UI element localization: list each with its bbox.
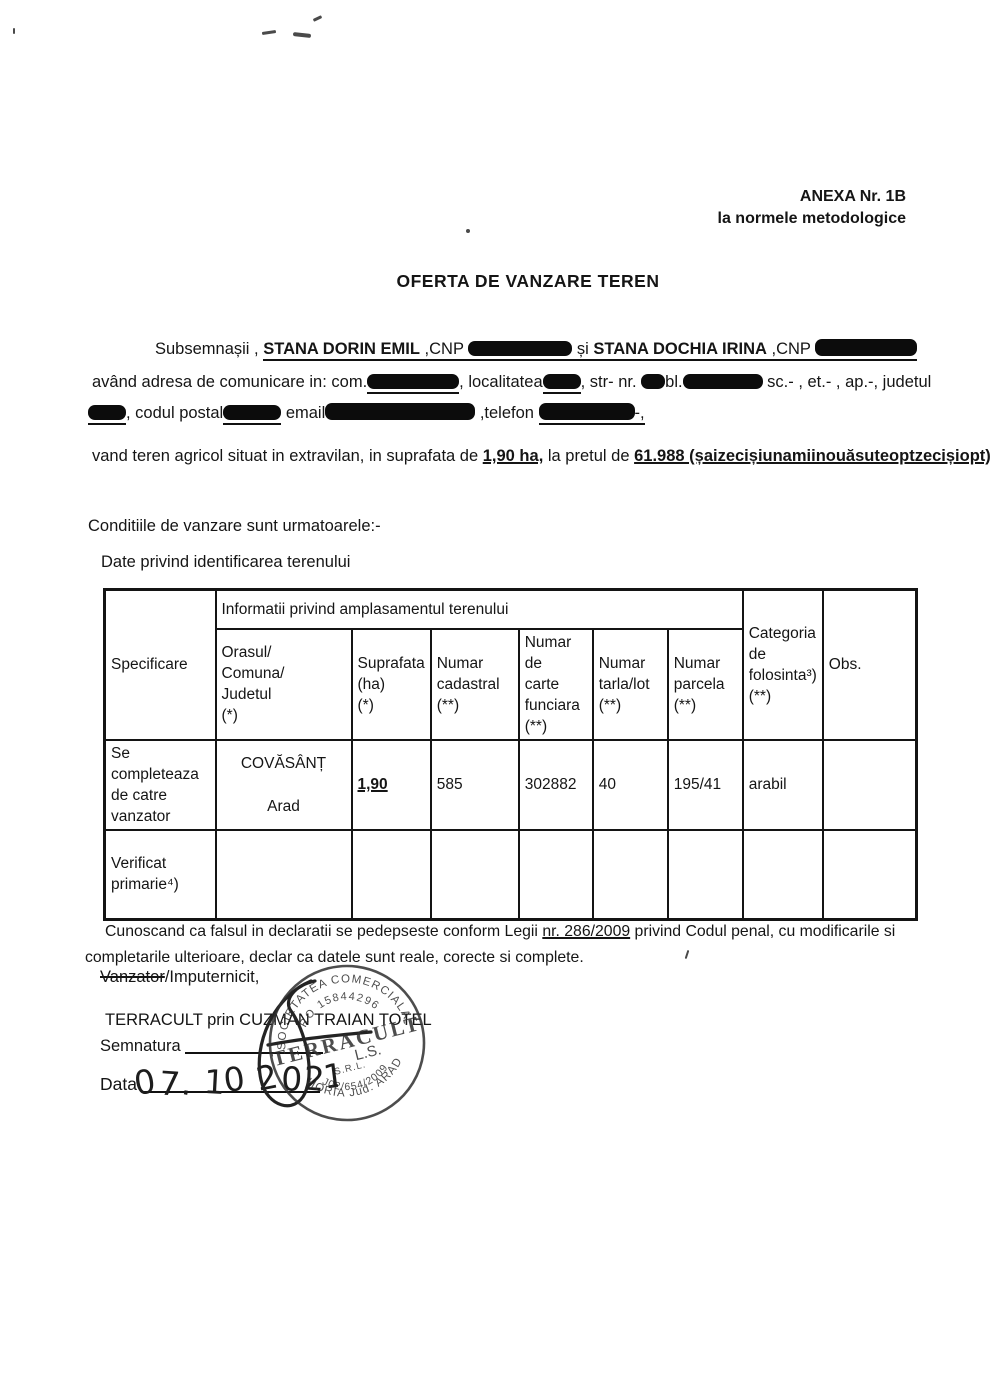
cnp-label-1: ,CNP xyxy=(420,340,468,358)
telefon-label: ,telefon xyxy=(475,404,538,422)
bl-label: bl. xyxy=(665,373,682,391)
cell-oras-judet: COVĂSÂNȚ Arad xyxy=(216,740,352,830)
intro-line-contact: , codul postal email ,telefon -, xyxy=(88,401,645,425)
address-prefix: având adresa de comunicare in: com. xyxy=(92,373,367,391)
land-id-heading: Date privind identificarea terenului xyxy=(101,553,350,572)
redaction-bar-cnp1 xyxy=(468,341,572,356)
offer-line: vand teren agricol situat in extravilan,… xyxy=(92,444,990,468)
conjunction-si: și xyxy=(572,340,593,358)
empty-cell xyxy=(823,830,917,920)
col-header-tarla: Numar tarla/lot (**) xyxy=(593,629,668,740)
col-header-parcela: Numar parcela (**) xyxy=(668,629,743,740)
seller-name-1: STANA DORIN EMIL xyxy=(263,340,420,358)
land-identification-table: Specificare Informatii privind amplasame… xyxy=(103,588,918,921)
conditions-heading: Conditiile de vanzare sunt urmatoarele:- xyxy=(88,517,381,536)
declaration-part1: Cunoscand ca falsul in declaratii se ped… xyxy=(105,923,542,940)
cell-cadastral: 585 xyxy=(431,740,519,830)
annex-number: ANEXA Nr. 1B xyxy=(718,186,906,208)
dash-suffix: -, xyxy=(635,404,645,422)
redaction-bar-email xyxy=(325,403,475,420)
empty-cell xyxy=(216,830,352,920)
intro-prefix: Subsemnașii , xyxy=(155,340,263,358)
empty-cell xyxy=(352,830,431,920)
redaction-bar-localitate xyxy=(543,374,581,389)
str-nr-label: , str- nr. xyxy=(581,373,642,391)
declaration-paragraph: Cunoscand ca falsul in declaratii se ped… xyxy=(85,919,921,971)
col-header-amplasament: Informatii privind amplasamentul terenul… xyxy=(216,590,743,629)
offer-text: vand teren agricol situat in extravilan,… xyxy=(92,447,483,465)
scan-smudge xyxy=(466,229,470,233)
redaction-bar-judet xyxy=(88,405,126,420)
offer-area: 1,90 ha, xyxy=(483,447,544,465)
company-stamp: SOCIETATEA COMERCIALA RO 15844296 TERRAC… xyxy=(262,958,432,1128)
vanzator-struck: Vanzator xyxy=(100,968,165,986)
cell-oras: COVĂSÂNȚ xyxy=(222,753,346,774)
intro-line-address: având adresa de comunicare in: com., loc… xyxy=(92,370,931,394)
codul-postal-label: , codul postal xyxy=(126,404,223,422)
table-row-verificat: Verificat primarie⁴) xyxy=(105,830,917,920)
redaction-bar-bl xyxy=(683,374,763,389)
declaration-law-ref: nr. 286/2009 xyxy=(542,923,630,940)
offer-mid: la pretul de xyxy=(543,447,634,465)
cell-judet: Arad xyxy=(222,796,346,817)
localitatea-label: , localitatea xyxy=(459,373,542,391)
empty-cell xyxy=(431,830,519,920)
col-header-categoria: Categoria de folosinta³) (**) xyxy=(743,590,823,740)
verificat-row-label: Verificat primarie⁴) xyxy=(105,830,216,920)
page-title: OFERTA DE VANZARE TEREN xyxy=(63,271,990,292)
cell-parcela: 195/41 xyxy=(668,740,743,830)
seller-row-label: Se completeaza de catre vanzator xyxy=(105,740,216,830)
col-header-cadastral: Numar cadastral (**) xyxy=(431,629,519,740)
redaction-bar-comuna xyxy=(367,374,459,389)
col-header-specificare: Specificare xyxy=(105,590,216,740)
redaction-bar-telefon xyxy=(539,403,635,420)
cell-folosinta: arabil xyxy=(743,740,823,830)
offer-price: 61.988 (șaizecișiunamiinouăsuteoptzeciși… xyxy=(634,447,990,465)
redaction-bar-cnp2 xyxy=(815,339,917,356)
scan-smudge xyxy=(13,28,15,34)
redaction-bar-nr xyxy=(641,374,665,389)
cell-tarla: 40 xyxy=(593,740,668,830)
intro-line-parties: Subsemnașii , STANA DORIN EMIL ,CNP și S… xyxy=(155,337,917,361)
col-header-carte-funciara: Numar de carte funciara (**) xyxy=(519,629,593,740)
col-header-suprafata: Suprafata (ha) (*) xyxy=(352,629,431,740)
col-header-obs: Obs. xyxy=(823,590,917,740)
scan-smudge xyxy=(262,30,276,35)
cell-carte-funciara: 302882 xyxy=(519,740,593,830)
stamp-srl: S.R.L. xyxy=(333,1059,367,1078)
empty-cell xyxy=(519,830,593,920)
annex-subtitle: la normele metodologice xyxy=(718,208,906,230)
scan-smudge xyxy=(313,15,322,22)
cnp-label-2: ,CNP xyxy=(767,340,815,358)
email-label: email xyxy=(281,404,325,422)
seller-name-2: STANA DOCHIA IRINA xyxy=(593,340,767,358)
table-row-seller: Se completeaza de catre vanzator COVĂSÂN… xyxy=(105,740,917,830)
empty-cell xyxy=(668,830,743,920)
scanned-document-page: ANEXA Nr. 1B la normele metodologice OFE… xyxy=(0,0,990,1400)
sc-et-ap-label: sc.- , et.- , ap.-, judetul xyxy=(763,373,932,391)
annex-header: ANEXA Nr. 1B la normele metodologice xyxy=(718,186,906,230)
seller-role-line: Vanzator/Imputernicit, xyxy=(100,968,259,987)
redaction-bar-cod-postal xyxy=(223,405,281,420)
empty-cell xyxy=(593,830,668,920)
cell-oras-spacer xyxy=(222,774,346,796)
cell-obs xyxy=(823,740,917,830)
col-header-oras: Orasul/ Comuna/ Judetul (*) xyxy=(216,629,352,740)
empty-cell xyxy=(743,830,823,920)
scan-smudge xyxy=(293,32,311,38)
cell-suprafata: 1,90 xyxy=(358,776,388,793)
